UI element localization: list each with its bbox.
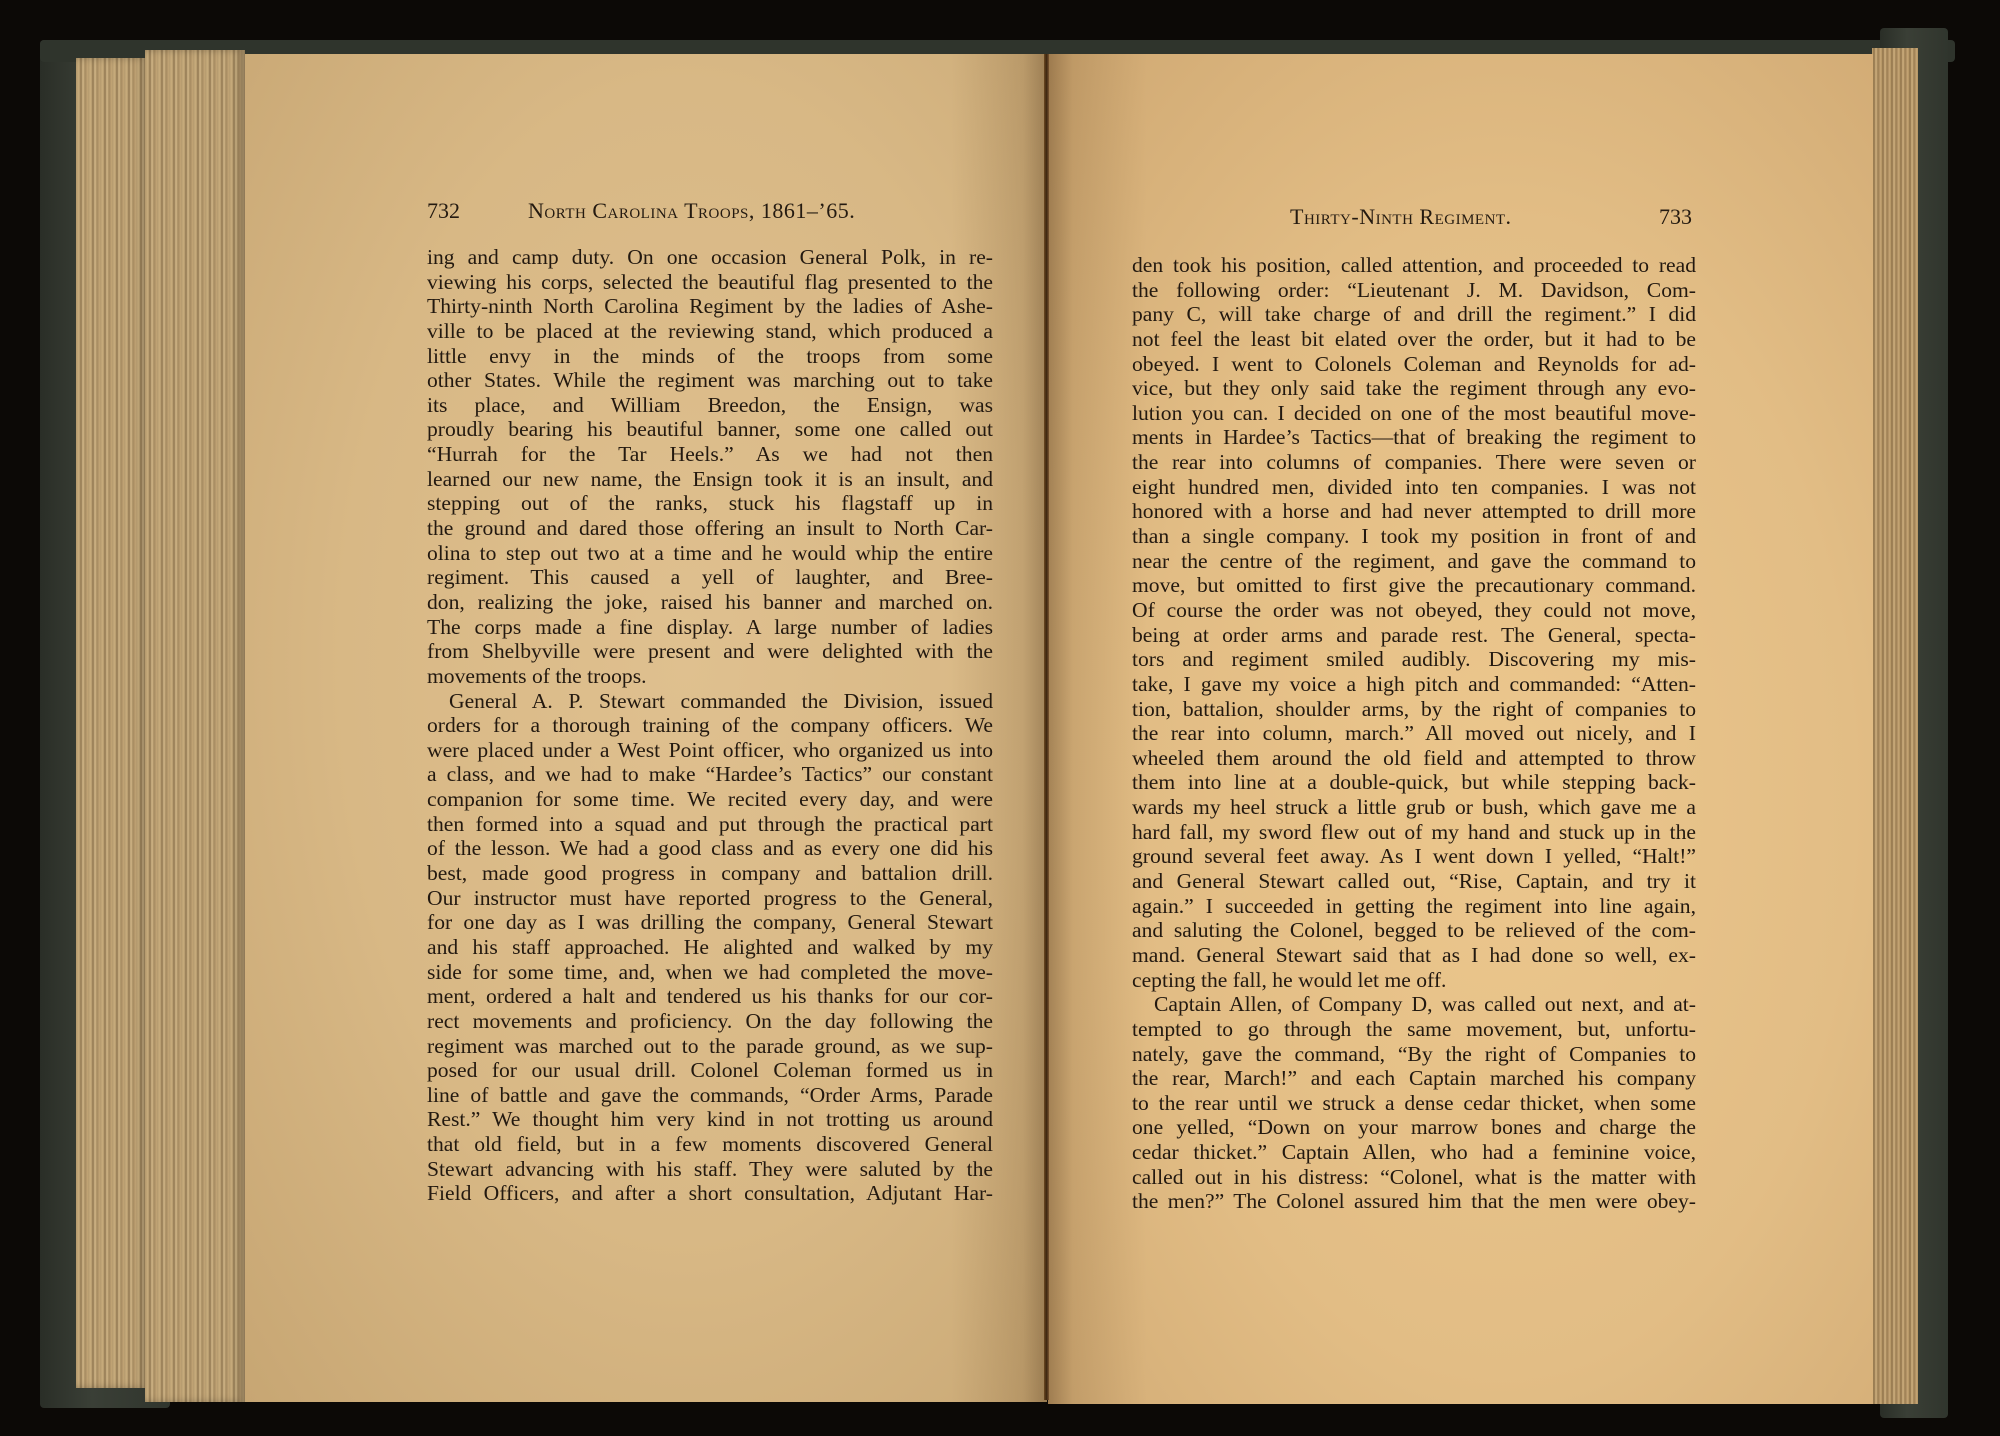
text-line: one yelled, “Down on your marrow bones a…: [1132, 1115, 1696, 1140]
text-line: of the lesson. We had a good class and a…: [427, 836, 993, 861]
text-line: orders for a thorough training of the co…: [427, 713, 993, 738]
text-line: olina to step out two at a time and he w…: [427, 541, 993, 566]
text-line: the rear into column, march.” All moved …: [1132, 721, 1696, 746]
text-line: hard fall, my sword flew out of my hand …: [1132, 820, 1696, 845]
text-line: tors and regiment smiled audibly. Discov…: [1132, 647, 1696, 672]
text-line: regiment was marched out to the parade g…: [427, 1034, 993, 1059]
text-line: regiment. This caused a yell of laughter…: [427, 565, 993, 590]
text-line: lution you can. I decided on one of the …: [1132, 401, 1696, 426]
right-page-number: 733: [1659, 204, 1692, 230]
text-line: its place, and William Breedon, the Ensi…: [427, 393, 993, 418]
book-gutter: [1044, 54, 1049, 1400]
text-line: then formed into a squad and put through…: [427, 812, 993, 837]
text-line: take, I gave my voice a high pitch and c…: [1132, 672, 1696, 697]
text-line: Stewart advancing with his staff. They w…: [427, 1157, 993, 1182]
text-line: Rest.” We thought him very kind in not t…: [427, 1107, 993, 1132]
text-line: move, but omitted to first give the prec…: [1132, 573, 1696, 598]
text-line: best, made good progress in company and …: [427, 861, 993, 886]
text-line: tion, battalion, shoulder arms, by the r…: [1132, 697, 1696, 722]
text-line: the ground and dared those offering an i…: [427, 516, 993, 541]
text-line: being at order arms and parade rest. The…: [1132, 623, 1696, 648]
text-line: vice, but they only said take the regime…: [1132, 376, 1696, 401]
text-line: nately, gave the command, “By the right …: [1132, 1042, 1696, 1067]
text-line: were placed under a West Point officer, …: [427, 738, 993, 763]
left-page-body: ing and camp duty. On one occasion Gener…: [427, 245, 993, 1206]
text-line: the rear, March!” and each Captain march…: [1132, 1066, 1696, 1091]
page-edges-left: [76, 58, 148, 1388]
left-page-number: 732: [427, 198, 460, 224]
text-line: to the rear until we struck a dense ceda…: [1132, 1091, 1696, 1116]
text-line: ville to be placed at the reviewing stan…: [427, 319, 993, 344]
text-line: that old field, but in a few moments dis…: [427, 1132, 993, 1157]
right-running-head: Thirty-Ninth Regiment.: [1290, 204, 1512, 230]
text-line: ing and camp duty. On one occasion Gener…: [427, 245, 993, 270]
text-line: wards my heel struck a little grub or bu…: [1132, 795, 1696, 820]
text-line: not feel the least bit elated over the o…: [1132, 327, 1696, 352]
text-line: the rear into columns of companies. Ther…: [1132, 450, 1696, 475]
text-line: eight hundred men, divided into ten comp…: [1132, 475, 1696, 500]
text-line: little envy in the minds of the troops f…: [427, 344, 993, 369]
text-line: posed for our usual drill. Colonel Colem…: [427, 1058, 993, 1083]
text-line: Field Officers, and after a short consul…: [427, 1181, 993, 1206]
text-line: Captain Allen, of Company D, was called …: [1132, 992, 1696, 1017]
text-line: Thirty-ninth North Carolina Regiment by …: [427, 294, 993, 319]
text-line: wheeled them around the old field and at…: [1132, 746, 1696, 771]
text-line: General A. P. Stewart commanded the Divi…: [427, 689, 993, 714]
text-line: side for some time, and, when we had com…: [427, 960, 993, 985]
text-line: don, realizing the joke, raised his bann…: [427, 590, 993, 615]
page-edges-left-inner: [145, 50, 245, 1402]
text-line: den took his position, called attention,…: [1132, 253, 1696, 278]
text-line: rect movements and proficiency. On the d…: [427, 1009, 993, 1034]
text-line: ground several feet away. As I went down…: [1132, 844, 1696, 869]
text-line: proudly bearing his beautiful banner, so…: [427, 417, 993, 442]
left-running-head: North Carolina Troops, 1861–’65.: [528, 198, 855, 224]
text-line: line of battle and gave the commands, “O…: [427, 1083, 993, 1108]
text-line: companion for some time. We recited ever…: [427, 787, 993, 812]
text-line: The corps made a fine display. A large n…: [427, 615, 993, 640]
text-line: honored with a horse and had never attem…: [1132, 499, 1696, 524]
text-line: other States. While the regiment was mar…: [427, 368, 993, 393]
text-line: and saluting the Colonel, begged to be r…: [1132, 918, 1696, 943]
text-line: ment, ordered a halt and tendered us his…: [427, 984, 993, 1009]
text-line: them into line at a double-quick, but wh…: [1132, 770, 1696, 795]
text-line: stepping out of the ranks, stuck his fla…: [427, 491, 993, 516]
text-line: near the centre of the regiment, and gav…: [1132, 549, 1696, 574]
text-line: called out in his distress: “Colonel, wh…: [1132, 1165, 1696, 1190]
text-line: the following order: “Lieutenant J. M. D…: [1132, 278, 1696, 303]
text-line: cepting the fall, he would let me off.: [1132, 968, 1696, 993]
text-line: ments in Hardee’s Tactics—that of breaki…: [1132, 425, 1696, 450]
text-line: Our instructor must have reported progre…: [427, 886, 993, 911]
text-line: a class, and we had to make “Hardee’s Ta…: [427, 762, 993, 787]
text-line: obeyed. I went to Colonels Coleman and R…: [1132, 352, 1696, 377]
text-line: and his staff approached. He alighted an…: [427, 935, 993, 960]
text-line: tempted to go through the same movement,…: [1132, 1017, 1696, 1042]
text-line: pany C, will take charge of and drill th…: [1132, 302, 1696, 327]
text-line: the men?” The Colonel assured him that t…: [1132, 1189, 1696, 1214]
text-line: “Hurrah for the Tar Heels.” As we had no…: [427, 442, 993, 467]
text-line: from Shelbyville were present and were d…: [427, 639, 993, 664]
text-line: movements of the troops.: [427, 664, 993, 689]
text-line: Of course the order was not obeyed, they…: [1132, 598, 1696, 623]
page-edges-right: [1872, 48, 1918, 1404]
right-page-body: den took his position, called attention,…: [1132, 253, 1696, 1214]
text-line: for one day as I was drilling the compan…: [427, 910, 993, 935]
text-line: and General Stewart called out, “Rise, C…: [1132, 869, 1696, 894]
text-line: again.” I succeeded in getting the regim…: [1132, 894, 1696, 919]
text-line: cedar thicket.” Captain Allen, who had a…: [1132, 1140, 1696, 1165]
text-line: than a single company. I took my positio…: [1132, 524, 1696, 549]
text-line: viewing his corps, selected the beautifu…: [427, 270, 993, 295]
text-line: mand. General Stewart said that as I had…: [1132, 943, 1696, 968]
text-line: learned our new name, the Ensign took it…: [427, 467, 993, 492]
